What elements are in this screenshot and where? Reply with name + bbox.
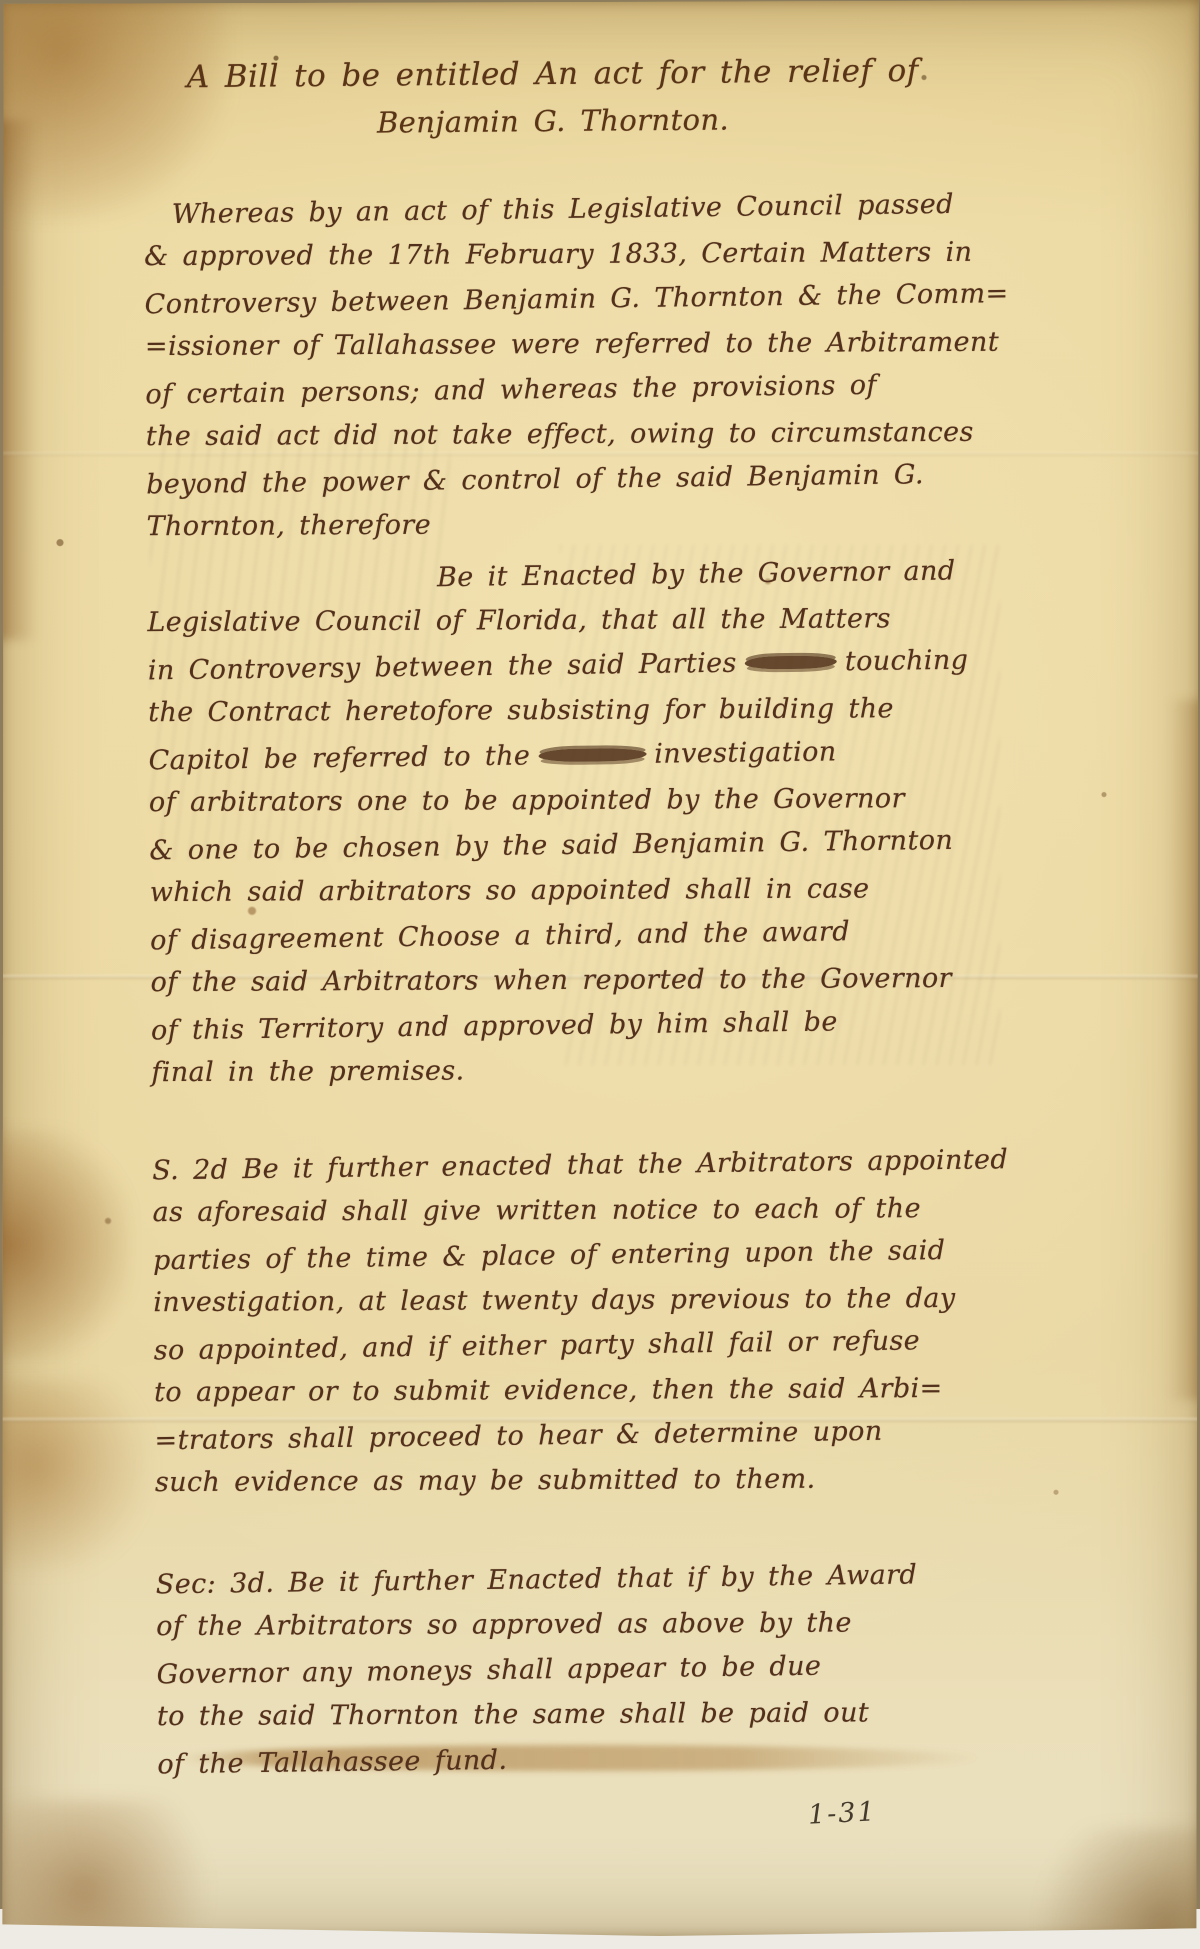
text-run: investigation, at least twenty days prev… bbox=[153, 1283, 955, 1318]
manuscript-line: to appear or to submit evidence, then th… bbox=[154, 1366, 974, 1415]
manuscript-line: Governor any moneys shall appear to be d… bbox=[156, 1642, 977, 1698]
text-run: =trators shall proceed to hear & determi… bbox=[154, 1416, 882, 1457]
manuscript-text: A Bill to be entitled An act for the rel… bbox=[142, 48, 977, 1785]
scribbled-out-word bbox=[745, 655, 837, 669]
manuscript-line: of this Territory and approved by him sh… bbox=[151, 998, 972, 1054]
manuscript-line: of arbitrators one to be appointed by th… bbox=[149, 776, 969, 825]
paragraph-section-2: S. 2d Be it further enacted that the Arb… bbox=[152, 1139, 975, 1506]
manuscript-line: Sec: 3d. Be it further Enacted that if b… bbox=[156, 1552, 977, 1608]
manuscript-line: Controversy between Benjamin G. Thornton… bbox=[144, 272, 965, 328]
manuscript-line: S. 2d Be it further enacted that the Arb… bbox=[152, 1138, 973, 1194]
text-run: S. 2d Be it further enacted that the Arb… bbox=[152, 1144, 1008, 1186]
text-run: to the said Thornton the same shall be p… bbox=[157, 1697, 869, 1732]
manuscript-line: as aforesaid shall give written notice t… bbox=[152, 1186, 972, 1235]
text-run: which said arbitrators so appointed shal… bbox=[150, 873, 870, 908]
manuscript-line: of the Arbitrators so approved as above … bbox=[156, 1600, 976, 1649]
manuscript-line: Capitol be referred to theinvestigation bbox=[148, 728, 969, 784]
text-run: of the said Arbitrators when reported to… bbox=[150, 963, 952, 998]
manuscript-line: beyond the power & control of the said B… bbox=[146, 452, 967, 508]
text-run: Governor any moneys shall appear to be d… bbox=[156, 1651, 821, 1691]
text-run: Thornton, therefore bbox=[146, 510, 431, 542]
manuscript-line: investigation, at least twenty days prev… bbox=[153, 1276, 973, 1325]
manuscript-line: of certain persons; and whereas the prov… bbox=[145, 362, 966, 418]
manuscript-line: the Contract heretofore subsisting for b… bbox=[148, 686, 968, 735]
text-run: of disagreement Choose a third, and the … bbox=[150, 916, 850, 956]
archival-page-number: 1-31 bbox=[807, 1796, 877, 1831]
manuscript-line: such evidence as may be submitted to the… bbox=[155, 1456, 975, 1505]
text-run: =issioner of Tallahassee were referred t… bbox=[145, 327, 999, 362]
text-run: & approved the 17th February 1833, Certa… bbox=[144, 237, 972, 272]
manuscript-line: which said arbitrators so appointed shal… bbox=[150, 866, 970, 915]
manuscript-line: of disagreement Choose a third, and the … bbox=[150, 908, 971, 964]
manuscript-line: so appointed, and if either party shall … bbox=[153, 1318, 974, 1374]
text-run: Whereas by an act of this Legislative Co… bbox=[172, 189, 954, 230]
text-run: as aforesaid shall give written notice t… bbox=[152, 1193, 921, 1228]
manuscript-line: Thornton, therefore bbox=[146, 500, 966, 549]
scanned-page: { "page": { "paper_color": "#ecd9a1", "i… bbox=[0, 0, 1200, 1949]
text-run: such evidence as may be submitted to the… bbox=[155, 1464, 816, 1498]
manuscript-line: & one to be chosen by the said Benjamin … bbox=[149, 818, 970, 874]
text-run: & one to be chosen by the said Benjamin … bbox=[149, 825, 953, 867]
text-run: Be it Enacted by the Governor and bbox=[437, 555, 956, 593]
manuscript-line: final in the premises. bbox=[151, 1046, 971, 1095]
paragraph-section-3: Sec: 3d. Be it further Enacted that if b… bbox=[156, 1553, 978, 1785]
manuscript-body: Whereas by an act of this Legislative Co… bbox=[144, 183, 978, 1785]
paragraph-section-1: Be it Enacted by the Governor andLegisla… bbox=[147, 549, 972, 1096]
manuscript-line: Legislative Council of Florida, that all… bbox=[147, 596, 967, 645]
text-run: parties of the time & place of entering … bbox=[153, 1235, 946, 1276]
text-run: to appear or to submit evidence, then th… bbox=[154, 1373, 943, 1408]
manuscript-line: & approved the 17th February 1833, Certa… bbox=[144, 230, 964, 279]
text-run: of certain persons; and whereas the prov… bbox=[145, 370, 877, 411]
manuscript-line: =trators shall proceed to hear & determi… bbox=[154, 1408, 975, 1464]
text-run: final in the premises. bbox=[151, 1056, 464, 1089]
text-run: of this Territory and approved by him sh… bbox=[151, 1006, 838, 1046]
manuscript-line: Whereas by an act of this Legislative Co… bbox=[172, 182, 965, 237]
manuscript-line: in Controversy between the said Partiest… bbox=[148, 638, 969, 694]
text-run: Legislative Council of Florida, that all… bbox=[147, 603, 891, 638]
text-run: beyond the power & control of the said B… bbox=[146, 459, 924, 500]
document-title-line-2: Benjamin G. Thornton. bbox=[143, 93, 963, 148]
manuscript-line: Be it Enacted by the Governor and bbox=[437, 548, 968, 600]
text-run: so appointed, and if either party shall … bbox=[154, 1325, 921, 1366]
text-run: in Controversy between the said Parties bbox=[148, 648, 737, 687]
text-run: of arbitrators one to be appointed by th… bbox=[149, 783, 905, 818]
scribbled-out-word bbox=[538, 748, 646, 762]
manuscript-line: to the said Thornton the same shall be p… bbox=[157, 1690, 977, 1739]
manuscript-line: =issioner of Tallahassee were referred t… bbox=[145, 320, 965, 369]
manuscript-line: of the said Arbitrators when reported to… bbox=[150, 956, 970, 1005]
text-run: investigation bbox=[654, 736, 837, 769]
text-run: the said act did not take effect, owing … bbox=[146, 417, 974, 452]
text-run: the Contract heretofore subsisting for b… bbox=[148, 693, 894, 728]
text-run: Sec: 3d. Be it further Enacted that if b… bbox=[156, 1559, 918, 1600]
text-run: Controversy between Benjamin G. Thornton… bbox=[144, 278, 1008, 320]
manuscript-line: the said act did not take effect, owing … bbox=[146, 410, 966, 459]
manuscript-paper: A Bill to be entitled An act for the rel… bbox=[0, 0, 1200, 1938]
text-run: of the Tallahassee fund. bbox=[157, 1745, 507, 1781]
paragraph-preamble: Whereas by an act of this Legislative Co… bbox=[144, 183, 967, 550]
manuscript-line: parties of the time & place of entering … bbox=[153, 1228, 974, 1284]
text-run: of the Arbitrators so approved as above … bbox=[156, 1607, 852, 1642]
text-run: Capitol be referred to the bbox=[148, 740, 530, 776]
document-title-line-1: A Bill to be entitled An act for the rel… bbox=[142, 48, 962, 100]
manuscript-line: of the Tallahassee fund. bbox=[157, 1732, 978, 1788]
text-run: touching bbox=[845, 645, 969, 678]
